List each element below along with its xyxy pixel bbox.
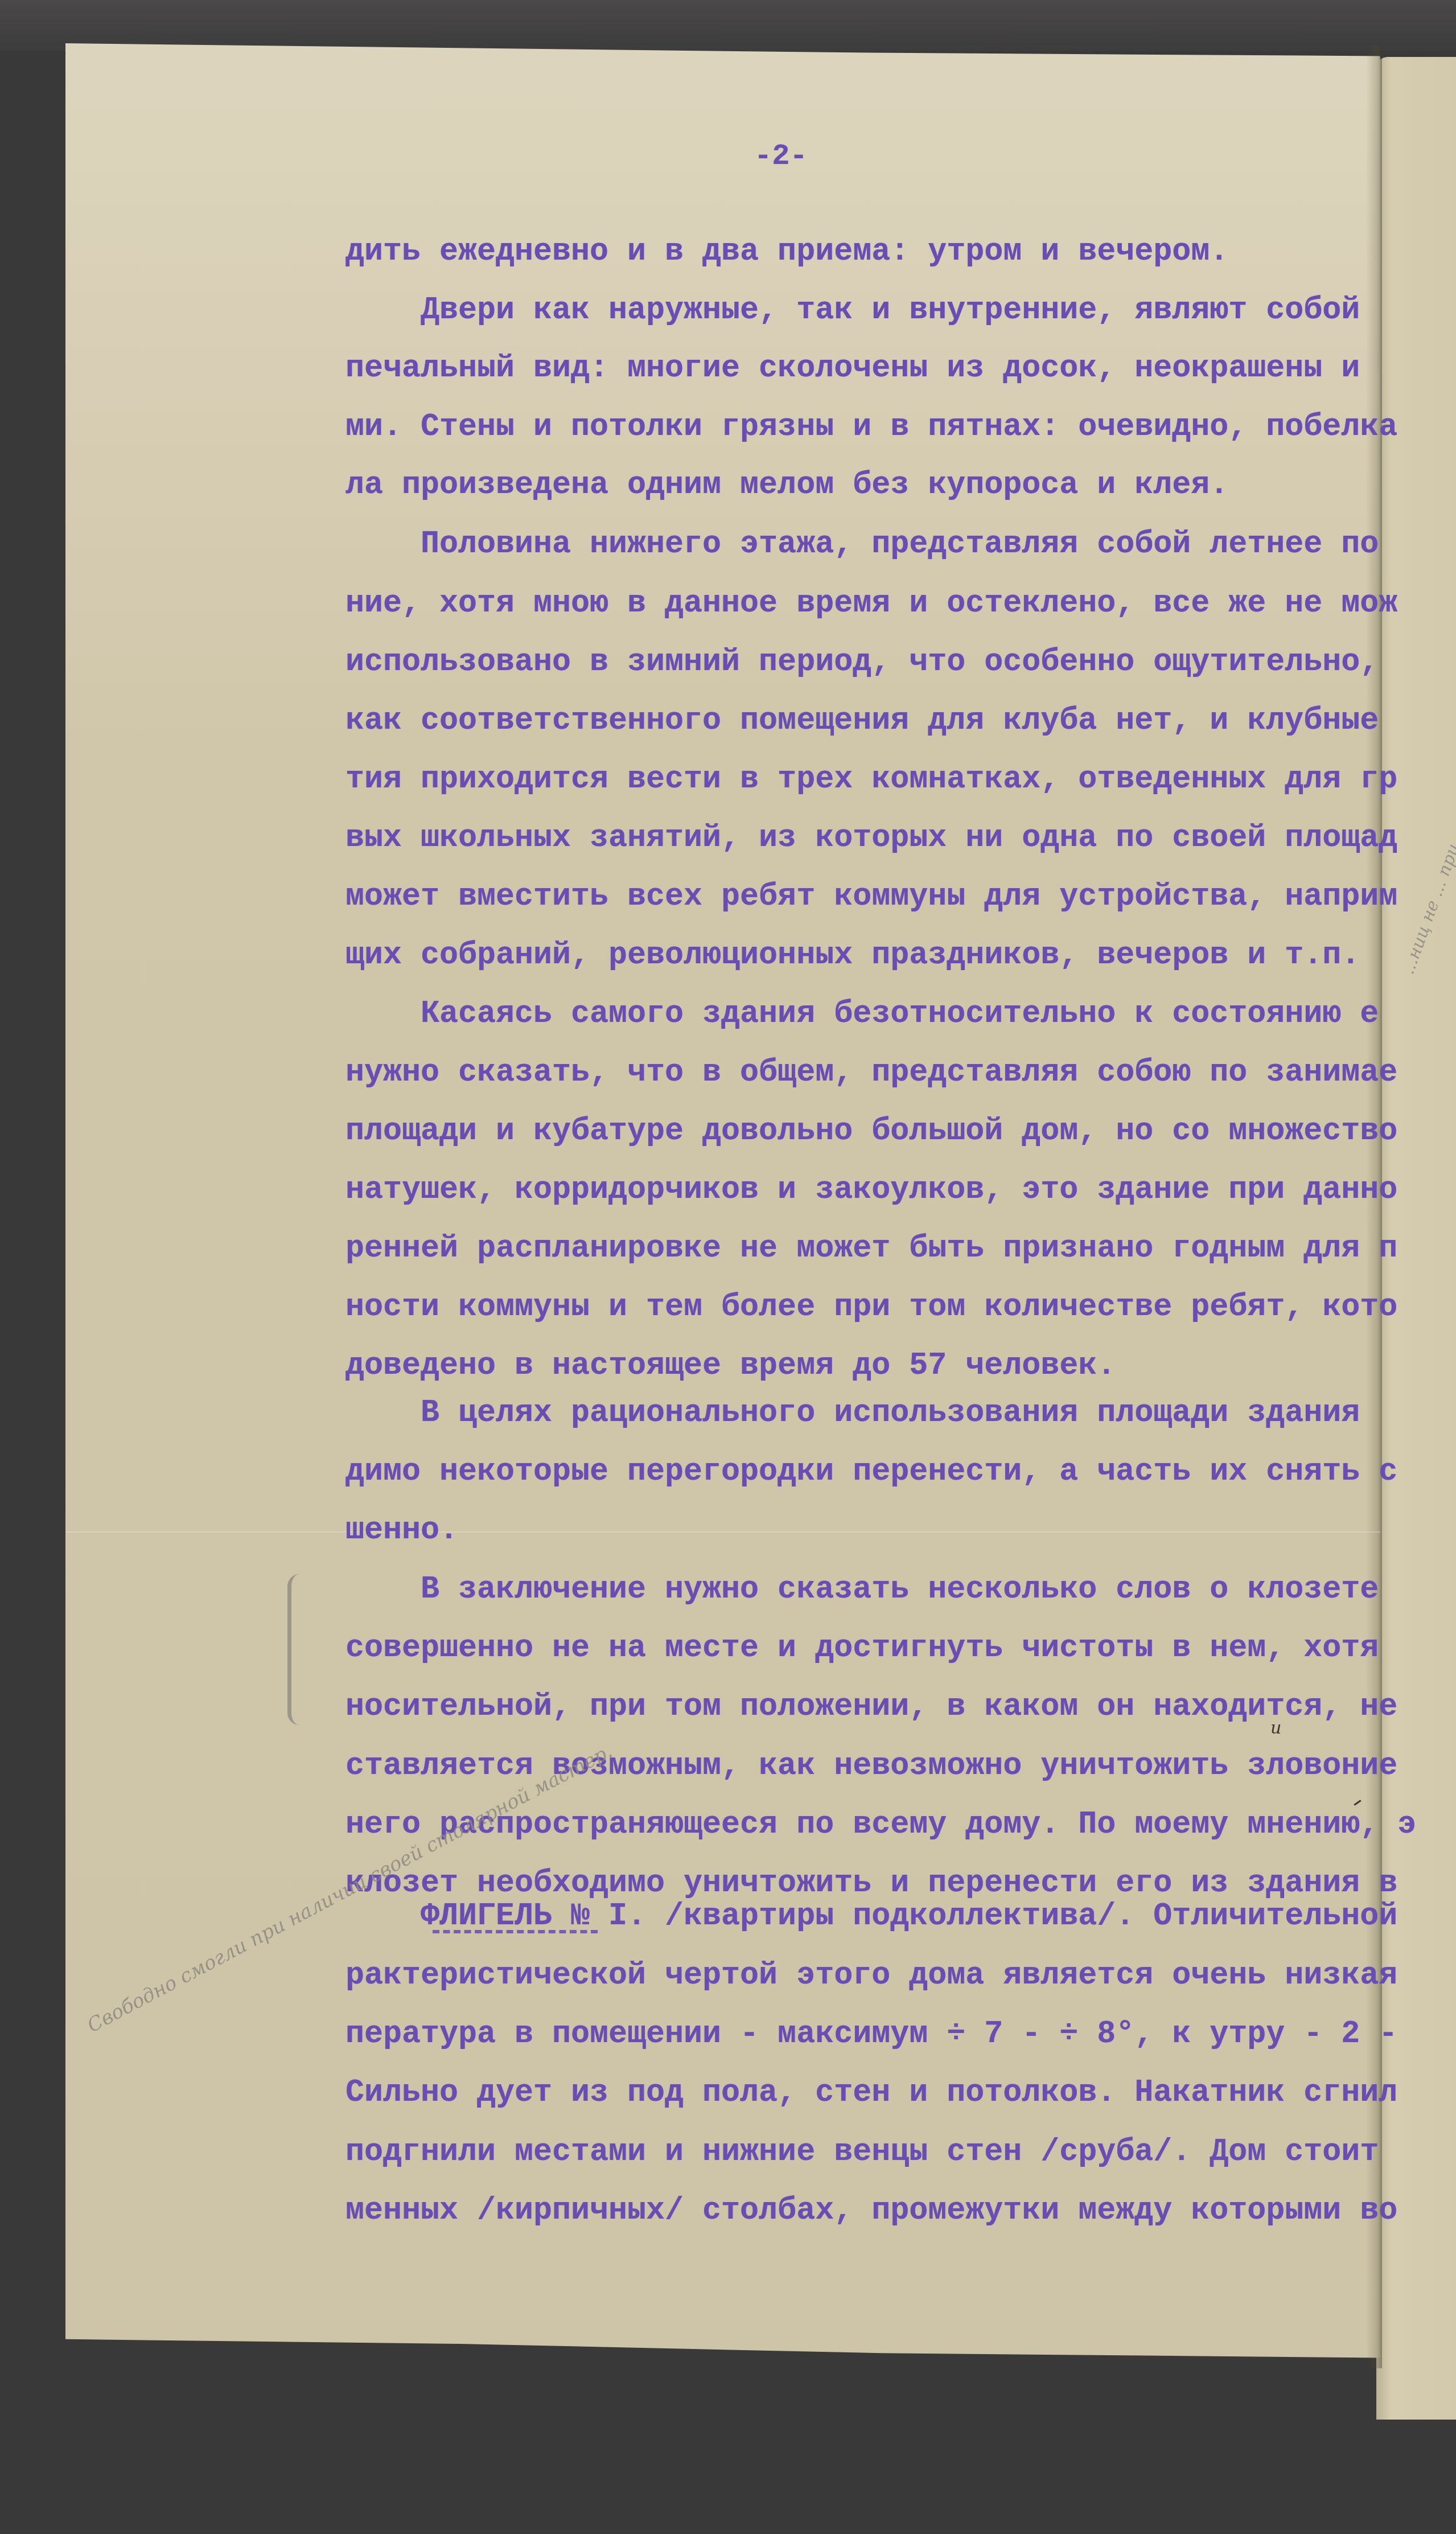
text-line: натушек, корридорчиков и закоулков, это … bbox=[346, 1173, 1397, 1207]
text-line: носительной, при том положении, в каком … bbox=[346, 1690, 1397, 1724]
text-line: щих собраний, революционных праздников, … bbox=[346, 938, 1360, 972]
text-line: шенно. bbox=[346, 1513, 458, 1547]
text-line: печальный вид: многие сколочены из досок… bbox=[346, 351, 1360, 385]
text-line: совершенно не на месте и достигнуть чист… bbox=[346, 1631, 1379, 1665]
text-line: Двери как наружные, так и внутренние, яв… bbox=[346, 293, 1360, 327]
text-line: ми. Стены и потолки грязны и в пятнах: о… bbox=[346, 410, 1397, 444]
pencil-margin-bracket bbox=[287, 1574, 299, 1725]
text-line: Половина нижнего этажа, представляя собо… bbox=[346, 527, 1379, 561]
text-line: как соответственного помещения для клуба… bbox=[346, 704, 1379, 738]
text-line: ности коммуны и тем более при том количе… bbox=[346, 1290, 1397, 1324]
scan-background bbox=[0, 0, 1456, 51]
heading-line: ФЛИГЕЛЬ № I. /квартиры подколлектива/. О… bbox=[346, 1899, 1397, 1933]
text-line: может вместить всех ребят коммуны для ус… bbox=[346, 880, 1397, 914]
text-line: В целях рационального использования площ… bbox=[346, 1396, 1360, 1430]
text-line: вых школьных занятий, из которых ни одна… bbox=[346, 821, 1397, 855]
text-line: ставляется возможным, как невозможно уни… bbox=[346, 1749, 1397, 1783]
text-line: доведено в настоящее время до 57 человек… bbox=[346, 1349, 1116, 1383]
text-line: площади и кубатуре довольно большой дом,… bbox=[346, 1114, 1397, 1148]
text-line: пература в помещении - максимум ÷ 7 - ÷ … bbox=[346, 2017, 1397, 2051]
text-line: менных /кирпичных/ столбах, промежутки м… bbox=[346, 2194, 1397, 2228]
paper-crease bbox=[65, 1531, 1380, 1533]
text-line: клозет необходимо уничтожить и перенести… bbox=[346, 1866, 1397, 1900]
text-line: тия приходится вести в трех комнатках, о… bbox=[346, 762, 1397, 796]
text-line: ренней распланировке не может быть призн… bbox=[346, 1231, 1397, 1266]
page-number: -2- bbox=[754, 139, 808, 174]
text-line: ла произведена одним мелом без купороса … bbox=[346, 468, 1228, 502]
text-line: Сильно дует из под пола, стен и потолков… bbox=[346, 2076, 1397, 2110]
handwritten-insertion: и bbox=[1270, 1718, 1281, 1738]
text-line: нужно сказать, что в общем, представляя … bbox=[346, 1056, 1397, 1090]
text-line: димо некоторые перегородки перенести, а … bbox=[346, 1455, 1397, 1489]
text-line: Касаясь самого здания безотносительно к … bbox=[346, 997, 1379, 1031]
text-line: дить ежедневно и в два приема: утром и в… bbox=[346, 235, 1228, 269]
text-line: рактеристической чертой этого дома являе… bbox=[346, 1958, 1397, 1993]
text-line: В заключение нужно сказать несколько сло… bbox=[346, 1572, 1379, 1607]
heading-underline bbox=[433, 1930, 598, 1933]
text-line: использовано в зимний период, что особен… bbox=[346, 645, 1379, 679]
text-line: подгнили местами и нижние венцы стен /ср… bbox=[346, 2135, 1379, 2169]
text-line: ние, хотя мною в данное время и остеклен… bbox=[346, 586, 1397, 621]
